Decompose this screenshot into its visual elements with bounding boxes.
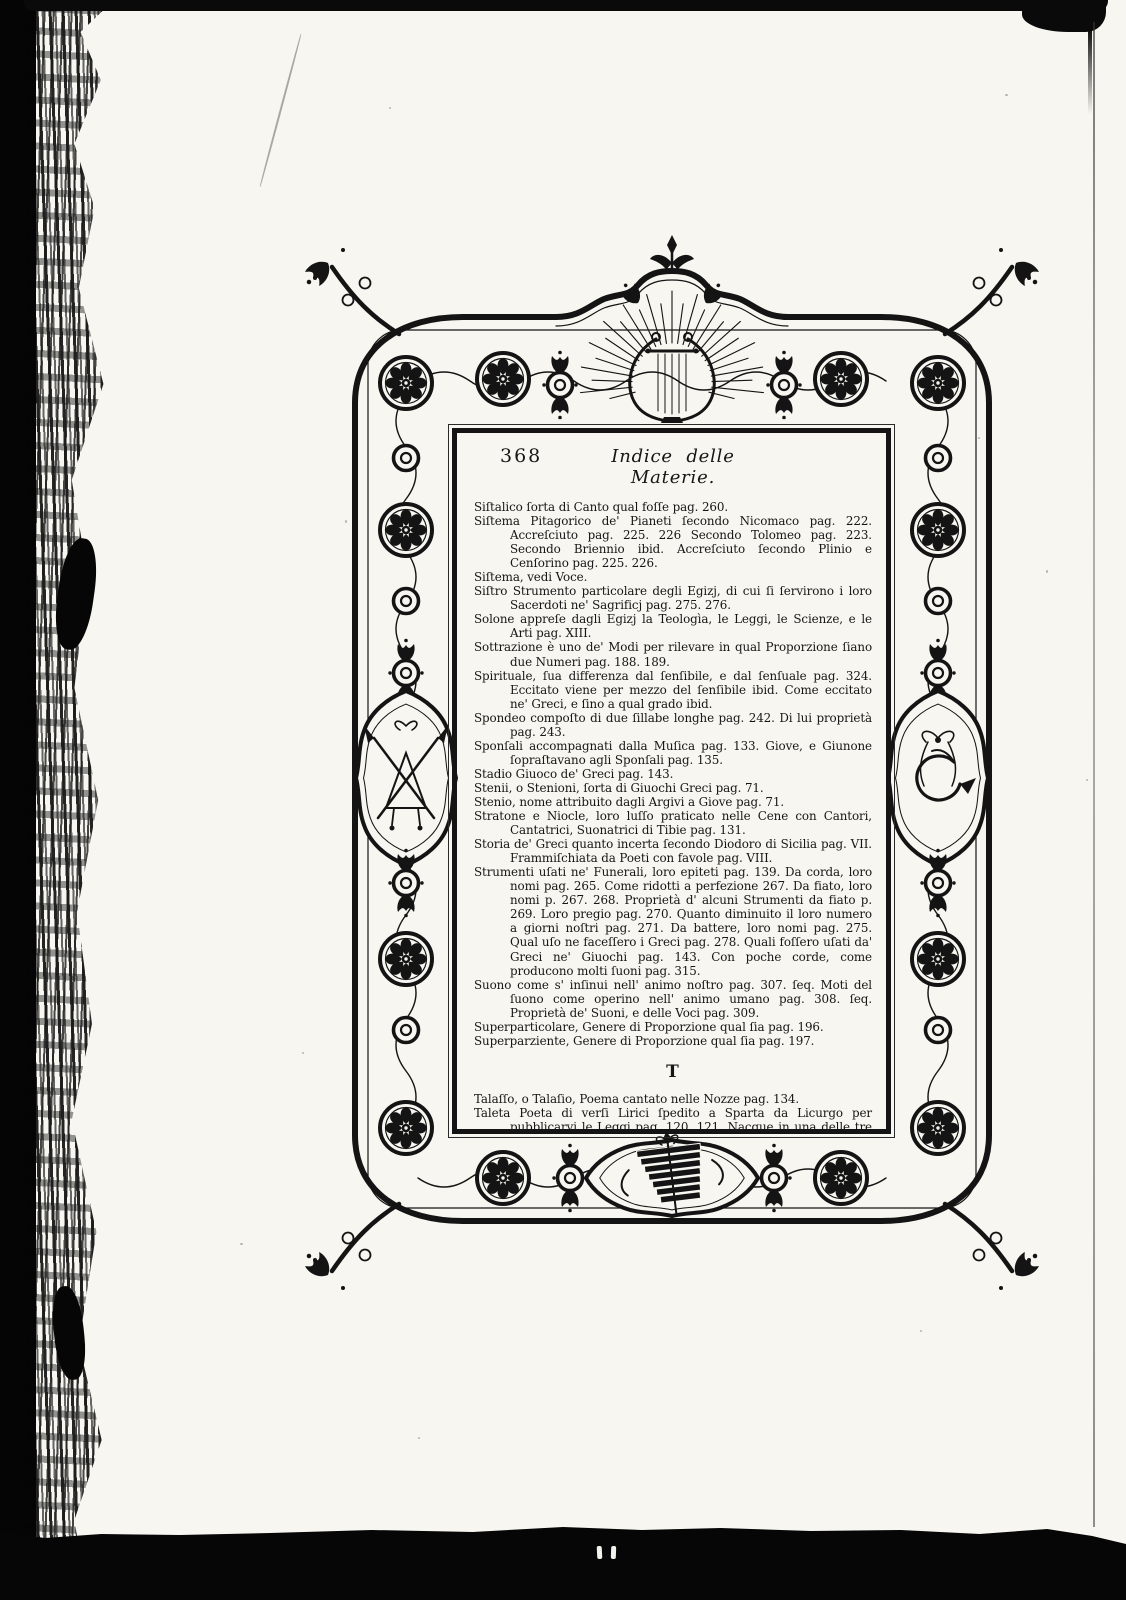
scan-mark xyxy=(597,1546,603,1559)
index-entry: Solone appreſe dagli Egizj la Teologìa, … xyxy=(474,612,872,640)
index-entry: Sottrazione è uno de' Modi per rilevare … xyxy=(474,640,872,668)
index-entry: Superparticolare, Genere di Proporzione … xyxy=(474,1020,872,1034)
crossed-trumpets-trophy xyxy=(356,691,456,865)
index-entry: Spondeo compoſto di due ſillabe longhe p… xyxy=(474,711,872,739)
fleur-de-lis-finial xyxy=(650,235,694,270)
index-entry: Storia de' Greci quanto incerta ſecondo … xyxy=(474,837,872,865)
hunting-horn-trophy xyxy=(888,691,988,865)
index-entry: Talaſſo, o Talaſio, Poema cantato nelle … xyxy=(474,1092,872,1106)
index-entry: Stenio, nome attribuito dagli Argivi a G… xyxy=(474,795,872,809)
page-edge-line xyxy=(1093,22,1095,1527)
lyre-icon xyxy=(630,333,714,423)
scan-smudge xyxy=(1088,28,1092,114)
index-entry: Siſtema Pitagorico de' Pianeti ſecondo N… xyxy=(474,514,872,570)
index-entry: Strumenti uſati ne' Funerali, loro epite… xyxy=(474,865,872,977)
index-entry: Siſtema, vedi Voce. xyxy=(474,570,872,584)
scan-speck xyxy=(1005,94,1008,96)
index-entry: Superparziente, Genere di Proporzione qu… xyxy=(474,1034,872,1048)
index-entry: Suono come s' inſinui nell' animo noſtro… xyxy=(474,978,872,1020)
index-entry: Stratone e Niocle, loro luſſo praticato … xyxy=(474,809,872,837)
pan-flute-trophy xyxy=(586,1125,758,1219)
index-entry: Sponſali accompagnati dalla Muſica pag. … xyxy=(474,739,872,767)
text-panel-inner: 368 Indice delle Materie. Siſtalico ſort… xyxy=(452,428,891,1134)
scanned-book-page: 368 Indice delle Materie. Siſtalico ſort… xyxy=(0,0,1126,1600)
scan-speck xyxy=(389,107,391,109)
scan-edge-top xyxy=(24,0,1108,11)
index-entry: Siſtro Strumento particolare degli Egizj… xyxy=(474,584,872,612)
page-number: 368 xyxy=(474,445,564,467)
page-title: Indice delle Materie. xyxy=(564,446,782,488)
scan-speck xyxy=(920,1330,922,1332)
scan-speck xyxy=(1046,570,1048,573)
index-entry: Spirituale, ſua differenza dal ſenſibile… xyxy=(474,669,872,711)
section-letter: T xyxy=(474,1062,872,1082)
index-entry: Stadio Giuoco de' Greci pag. 143. xyxy=(474,767,872,781)
index-entry: Siſtalico ſorta di Canto qual foſſe pag.… xyxy=(474,500,872,514)
index-entry: Stenii, o Stenioni, ſorta di Giuochi Gre… xyxy=(474,781,872,795)
page-header: 368 Indice delle Materie. xyxy=(474,445,872,488)
scan-speck xyxy=(240,1243,243,1245)
scan-edge-bottom xyxy=(0,1522,1126,1600)
scan-mark xyxy=(611,1546,616,1559)
scan-hairline-crack xyxy=(259,34,301,187)
scan-speck xyxy=(1086,779,1088,781)
scan-speck xyxy=(418,1437,420,1439)
text-panel: 368 Indice delle Materie. Siſtalico ſort… xyxy=(448,424,895,1138)
index-entry: Taleta Poeta di verſi Lirici ſpedito a S… xyxy=(474,1106,872,1134)
